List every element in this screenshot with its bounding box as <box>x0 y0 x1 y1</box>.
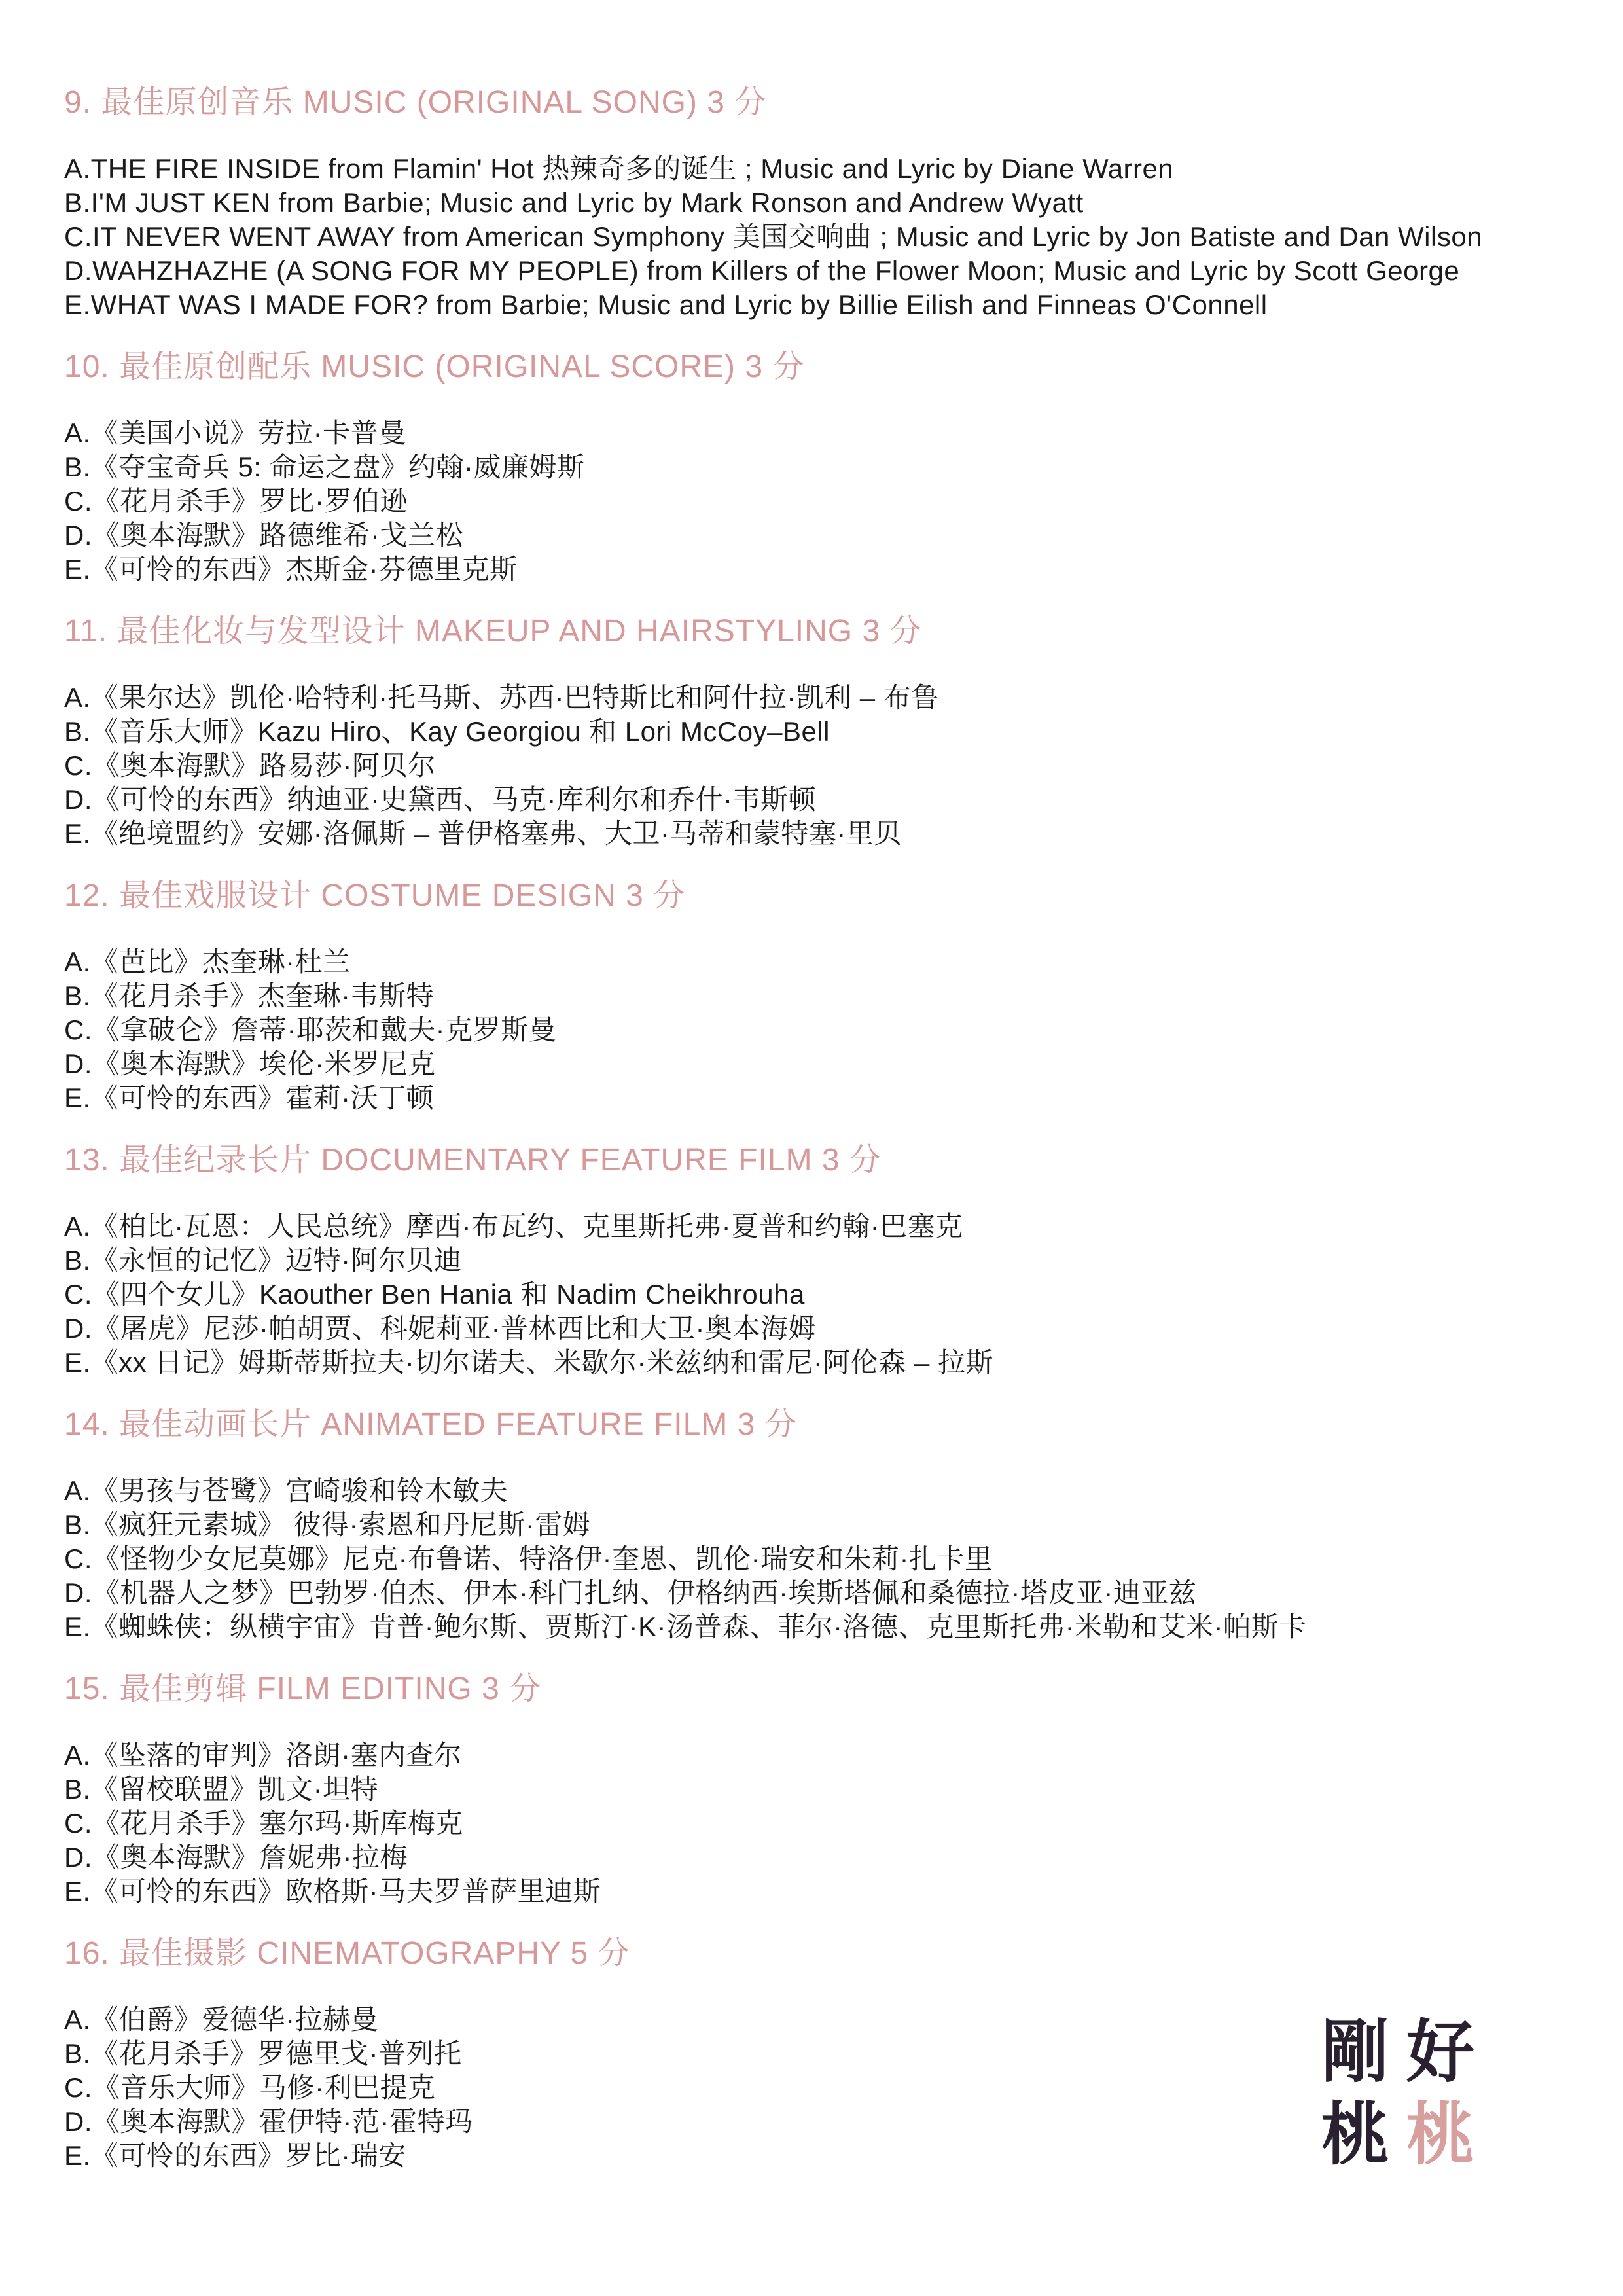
section-title: 16. 最佳摄影 CINEMATOGRAPHY 5 分 <box>64 1935 1571 1973</box>
logo-char-tao-dark: 桃 <box>1321 2100 1390 2169</box>
option-b: B.I'M JUST KEN from Barbie; Music and Ly… <box>64 186 1571 220</box>
section-title: 11. 最佳化妆与发型设计 MAKEUP AND HAIRSTYLING 3 分 <box>64 613 1571 651</box>
option-a: A.《芭比》杰奎琳·杜兰 <box>64 945 1571 979</box>
option-b: B.《永恒的记忆》迈特·阿尔贝迪 <box>64 1244 1571 1278</box>
option-c: C.《四个女儿》Kaouther Ben Hania 和 Nadim Cheik… <box>64 1278 1571 1312</box>
logo-char-tao-pink: 桃 <box>1406 2100 1475 2169</box>
option-d: D.《奥本海默》路德维希·戈兰松 <box>64 518 1571 552</box>
option-e: E.《绝境盟约》安娜·洛佩斯 – 普伊格塞弗、大卫·马蒂和蒙特塞·里贝 <box>64 817 1571 851</box>
option-a: A.THE FIRE INSIDE from Flamin' Hot 热辣奇多的… <box>64 152 1571 186</box>
option-e: E.《可怜的东西》欧格斯·马夫罗普萨里迪斯 <box>64 1874 1571 1909</box>
section-animated-feature: 14. 最佳动画长片 ANIMATED FEATURE FILM 3 分 A.《… <box>64 1406 1571 1644</box>
option-a: A.《果尔达》凯伦·哈特利·托马斯、苏西·巴特斯比和阿什拉·凯利 – 布鲁 <box>64 681 1571 715</box>
logo-char-hao: 好 <box>1406 2017 1475 2087</box>
option-d: D.《屠虎》尼莎·帕胡贾、科妮莉亚·普林西比和大卫·奥本海姆 <box>64 1312 1571 1346</box>
section-documentary-feature: 13. 最佳纪录长片 DOCUMENTARY FEATURE FILM 3 分 … <box>64 1141 1571 1380</box>
option-a: A.《男孩与苍鹭》宫崎骏和铃木敏夫 <box>64 1474 1571 1508</box>
option-d: D.《可怜的东西》纳迪亚·史黛西、马克·库利尔和乔什·韦斯顿 <box>64 783 1571 817</box>
option-c: C.《花月杀手》罗比·罗伯逊 <box>64 484 1571 518</box>
option-c: C.IT NEVER WENT AWAY from American Symph… <box>64 220 1571 254</box>
section-title: 9. 最佳原创音乐 MUSIC (ORIGINAL SONG) 3 分 <box>64 84 1571 122</box>
section-music-original-song: 9. 最佳原创音乐 MUSIC (ORIGINAL SONG) 3 分 A.TH… <box>64 84 1571 322</box>
option-b: B.《疯狂元素城》 彼得·索恩和丹尼斯·雷姆 <box>64 1508 1571 1542</box>
option-d: D.《奥本海默》詹妮弗·拉梅 <box>64 1840 1571 1874</box>
section-title: 13. 最佳纪录长片 DOCUMENTARY FEATURE FILM 3 分 <box>64 1141 1571 1179</box>
section-title: 14. 最佳动画长片 ANIMATED FEATURE FILM 3 分 <box>64 1406 1571 1444</box>
option-a: A.《坠落的审判》洛朗·塞内查尔 <box>64 1738 1571 1772</box>
option-b: B.《花月杀手》杰奎琳·韦斯特 <box>64 979 1571 1013</box>
option-a: A.《美国小说》劳拉·卡普曼 <box>64 416 1571 450</box>
section-title: 12. 最佳戏服设计 COSTUME DESIGN 3 分 <box>64 877 1571 915</box>
section-costume-design: 12. 最佳戏服设计 COSTUME DESIGN 3 分 A.《芭比》杰奎琳·… <box>64 877 1571 1115</box>
section-makeup-hairstyling: 11. 最佳化妆与发型设计 MAKEUP AND HAIRSTYLING 3 分… <box>64 613 1571 851</box>
section-music-original-score: 10. 最佳原创配乐 MUSIC (ORIGINAL SCORE) 3 分 A.… <box>64 348 1571 586</box>
option-e: E.《蜘蛛侠：纵横宇宙》肯普·鲍尔斯、贾斯汀·K·汤普森、菲尔·洛德、克里斯托弗… <box>64 1610 1571 1644</box>
option-d: D.《机器人之梦》巴勃罗·伯杰、伊本·科门扎纳、伊格纳西·埃斯塔佩和桑德拉·塔皮… <box>64 1576 1571 1610</box>
document-page: 9. 最佳原创音乐 MUSIC (ORIGINAL SONG) 3 分 A.TH… <box>0 0 1623 2173</box>
option-d: D.WAHZHAZHE (A SONG FOR MY PEOPLE) from … <box>64 254 1571 288</box>
section-title: 10. 最佳原创配乐 MUSIC (ORIGINAL SCORE) 3 分 <box>64 348 1571 386</box>
option-a: A.《柏比·瓦恩：人民总统》摩西·布瓦约、克里斯托弗·夏普和约翰·巴塞克 <box>64 1210 1571 1244</box>
section-film-editing: 15. 最佳剪辑 FILM EDITING 3 分 A.《坠落的审判》洛朗·塞内… <box>64 1670 1571 1909</box>
option-c: C.《拿破仑》詹蒂·耶茨和戴夫·克罗斯曼 <box>64 1013 1571 1047</box>
option-c: C.《花月杀手》塞尔玛·斯库梅克 <box>64 1806 1571 1840</box>
option-b: B.《夺宝奇兵 5: 命运之盘》约翰·威廉姆斯 <box>64 450 1571 484</box>
option-b: B.《留校联盟》凯文·坦特 <box>64 1772 1571 1806</box>
option-c: C.《怪物少女尼莫娜》尼克·布鲁诺、特洛伊·奎恩、凯伦·瑞安和朱莉·扎卡里 <box>64 1542 1571 1576</box>
option-c: C.《奥本海默》路易莎·阿贝尔 <box>64 749 1571 783</box>
ganghao-taotao-logo: 剛 好 桃 桃 <box>1321 2017 1475 2169</box>
section-title: 15. 最佳剪辑 FILM EDITING 3 分 <box>64 1670 1571 1708</box>
option-e: E.《可怜的东西》霍莉·沃丁顿 <box>64 1081 1571 1115</box>
logo-char-gang: 剛 <box>1321 2017 1390 2087</box>
option-e: E.《xx 日记》姆斯蒂斯拉夫·切尔诺夫、米歇尔·米兹纳和雷尼·阿伦森 – 拉斯 <box>64 1346 1571 1380</box>
option-e: E.《可怜的东西》杰斯金·芬德里克斯 <box>64 552 1571 586</box>
option-b: B.《音乐大师》Kazu Hiro、Kay Georgiou 和 Lori Mc… <box>64 715 1571 749</box>
option-d: D.《奥本海默》埃伦·米罗尼克 <box>64 1047 1571 1081</box>
option-e: E.WHAT WAS I MADE FOR? from Barbie; Musi… <box>64 288 1571 322</box>
